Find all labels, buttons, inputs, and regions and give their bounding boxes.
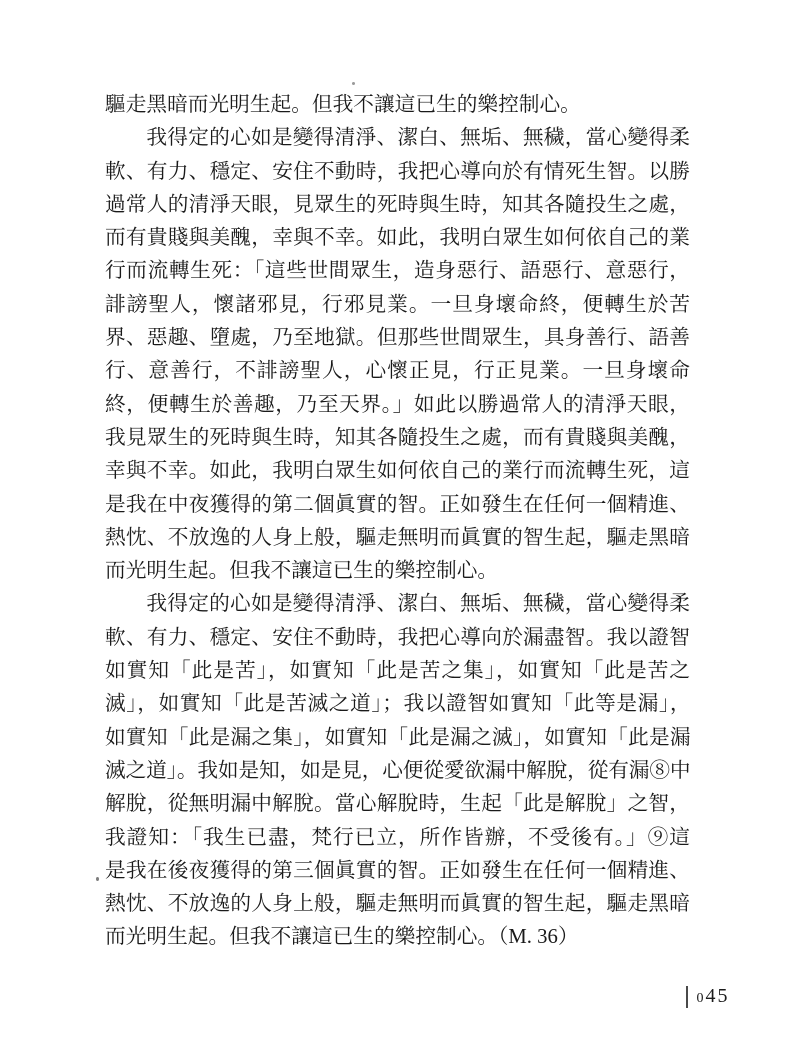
scan-speck — [96, 877, 99, 881]
text-line: 界、惡趣、墮處，乃至地獄。但那些世間眾生，具身善行、語善 — [105, 322, 690, 355]
text-line: 而有貴賤與美醜，幸與不幸。如此，我明白眾生如何依自己的業 — [105, 222, 690, 255]
text-line: 解脫，從無明漏中解脫。當心解脫時，生起「此是解脫」之智， — [105, 788, 690, 821]
text-line: 我證知：「我生已盡，梵行已立，所作皆辦，不受後有。」⑨這 — [105, 822, 690, 855]
text-line: 是我在後夜獲得的第三個眞實的智。正如發生在任何一個精進、 — [105, 855, 690, 888]
text-line: 如實知「此是漏之集」，如實知「此是漏之滅」，如實知「此是漏 — [105, 722, 690, 755]
text-line: 是我在中夜獲得的第二個眞實的智。正如發生在任何一個精進、 — [105, 489, 690, 522]
text-line: 我得定的心如是變得清淨、潔白、無垢、無穢，當心變得柔 — [105, 122, 690, 155]
page-number: 045 — [697, 985, 730, 1008]
text-line: 熱忱、不放逸的人身上般，驅走無明而眞實的智生起，驅走黑暗 — [105, 522, 690, 555]
text-line: 終，便轉生於善趣，乃至天界。」如此以勝過常人的清淨天眼， — [105, 389, 690, 422]
text-line: 滅之道」。我如是知，如是見，心便從愛欲漏中解脫，從有漏⑧中 — [105, 755, 690, 788]
text-line: 我見眾生的死時與生時，知其各隨投生之處，而有貴賤與美醜， — [105, 422, 690, 455]
page-footer: 045 — [686, 985, 730, 1008]
text-line: 誹謗聖人，懷諸邪見，行邪見業。一旦身壞命終，便轉生於苦 — [105, 289, 690, 322]
body-text: 驅走黑暗而光明生起。但我不讓這已生的樂控制心。 我得定的心如是變得清淨、潔白、無… — [105, 89, 690, 955]
book-page: 驅走黑暗而光明生起。但我不讓這已生的樂控制心。 我得定的心如是變得清淨、潔白、無… — [0, 0, 792, 1056]
text-line: 行而流轉生死：「這些世間眾生，造身惡行、語惡行、意惡行， — [105, 255, 690, 288]
text-line: 軟、有力、穩定、安住不動時，我把心導向於漏盡智。我以證智 — [105, 622, 690, 655]
scan-speck — [352, 82, 355, 85]
text-line: 過常人的清淨天眼，見眾生的死時與生時，知其各隨投生之處， — [105, 189, 690, 222]
text-line: 而光明生起。但我不讓這已生的樂控制心。（M. 36） — [105, 921, 690, 954]
text-line: 驅走黑暗而光明生起。但我不讓這已生的樂控制心。 — [105, 89, 690, 122]
text-line: 滅」，如實知「此是苦滅之道」；我以證智如實知「此等是漏」， — [105, 688, 690, 721]
page-number-divider — [686, 986, 688, 1008]
text-line: 軟、有力、穩定、安住不動時，我把心導向於有情死生智。以勝 — [105, 156, 690, 189]
text-line: 如實知「此是苦」，如實知「此是苦之集」，如實知「此是苦之 — [105, 655, 690, 688]
text-line: 而光明生起。但我不讓這已生的樂控制心。 — [105, 555, 690, 588]
text-line: 幸與不幸。如此，我明白眾生如何依自己的業行而流轉生死，這 — [105, 455, 690, 488]
text-line: 我得定的心如是變得清淨、潔白、無垢、無穢，當心變得柔 — [105, 588, 690, 621]
text-line: 熱忱、不放逸的人身上般，驅走無明而眞實的智生起，驅走黑暗 — [105, 888, 690, 921]
text-line: 行、意善行，不誹謗聖人，心懷正見，行正見業。一旦身壞命 — [105, 355, 690, 388]
